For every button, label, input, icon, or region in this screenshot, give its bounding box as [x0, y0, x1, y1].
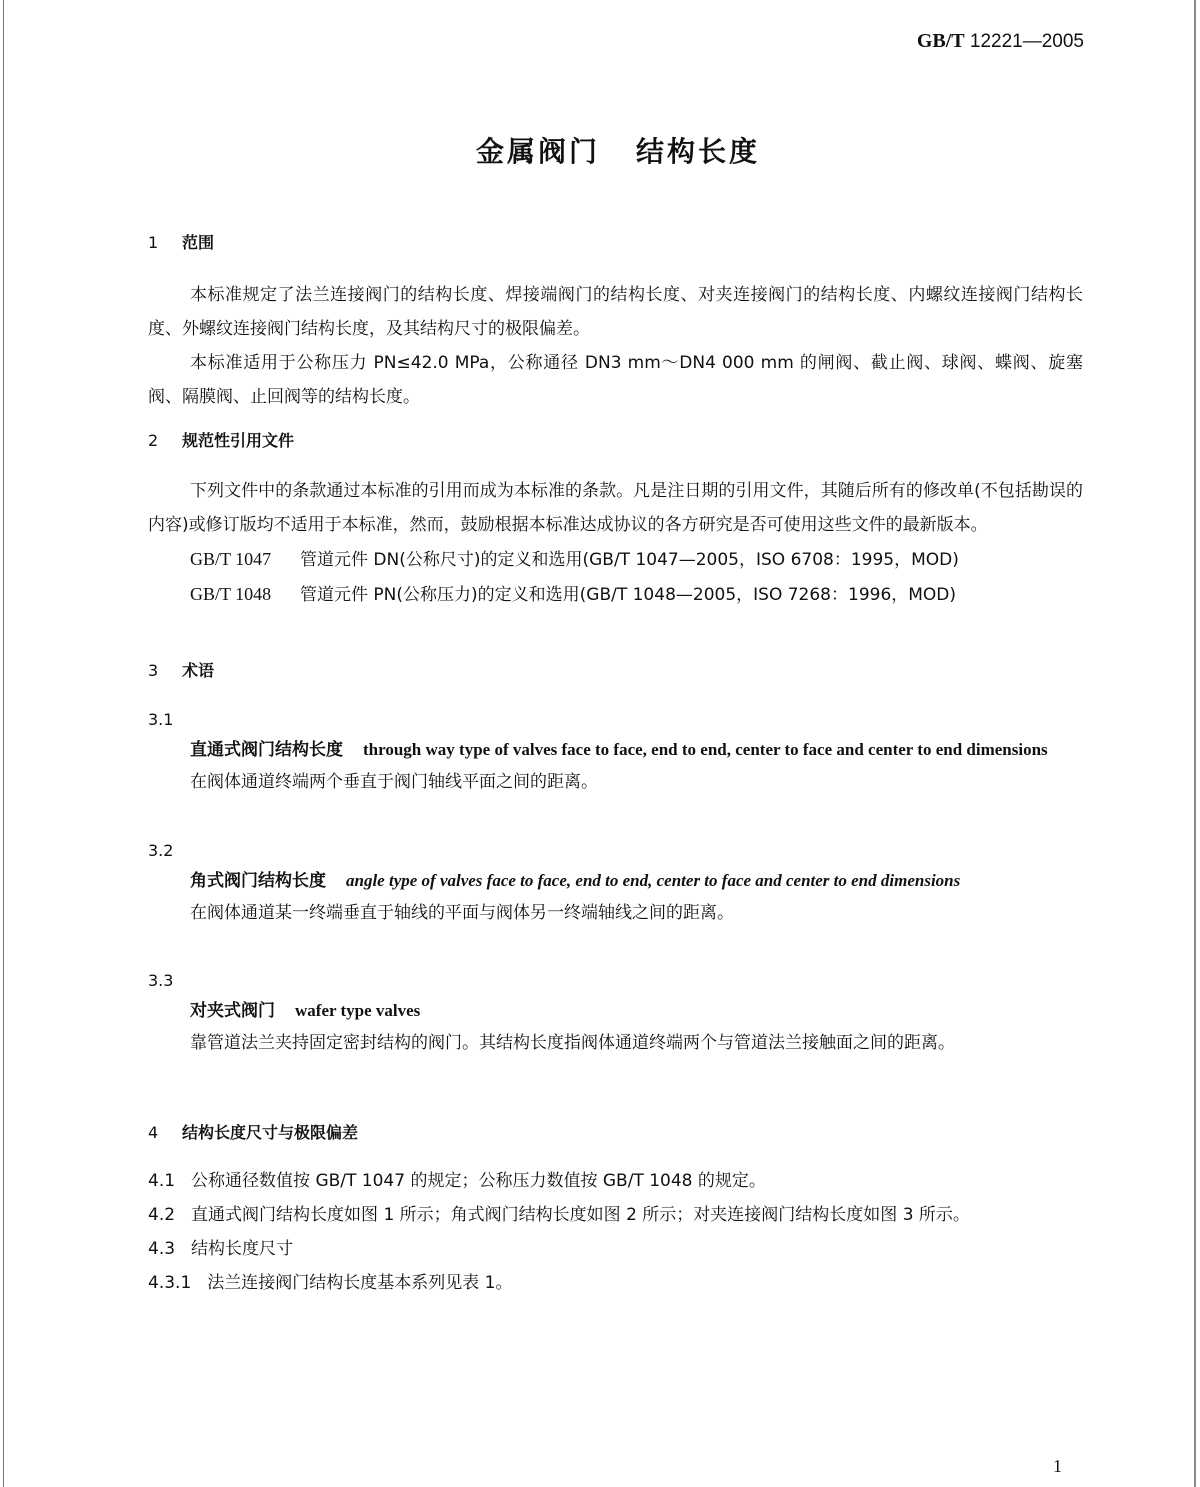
paragraph: 本标准适用于公称压力 PN≤42.0 MPa，公称通径 DN3 mm～DN4 0… [148, 346, 1083, 414]
term-3-2: 3.2 角式阀门结构长度angle type of valves face to… [148, 836, 1083, 930]
paragraph: 本标准规定了法兰连接阀门的结构长度、焊接端阀门的结构长度、对夹连接阀门的结构长度… [148, 278, 1083, 346]
term-3-1: 3.1 直通式阀门结构长度through way type of valves … [148, 705, 1083, 799]
section-2: 2规范性引用文件 [148, 428, 1083, 451]
document-title: 金属阀门结构长度 [0, 130, 1200, 170]
section-4: 4结构长度尺寸与极限偏差 [148, 1120, 1083, 1143]
term-title: 对夹式阀门wafer type valves [148, 996, 1083, 1026]
clause-4-1: 4.1公称通径数值按 GB/T 1047 的规定；公称压力数值按 GB/T 10… [148, 1164, 1083, 1198]
section-heading: 2规范性引用文件 [148, 428, 1083, 451]
page-scan-edge-left [3, 0, 4, 1487]
reference-item: GB/T 1047管道元件 DN(公称尺寸)的定义和选用(GB/T 1047—2… [148, 542, 1083, 577]
term-definition: 在阀体通道某一终端垂直于轴线的平面与阀体另一终端轴线之间的距离。 [148, 896, 1083, 930]
section-4-body: 4.1公称通径数值按 GB/T 1047 的规定；公称压力数值按 GB/T 10… [148, 1164, 1083, 1300]
term-title: 角式阀门结构长度angle type of valves face to fac… [148, 866, 1083, 896]
clause-4-3: 4.3结构长度尺寸 [148, 1232, 1083, 1266]
page-number: 1 [1053, 1456, 1062, 1477]
section-2-body: 下列文件中的条款通过本标准的引用而成为本标准的条款。凡是注日期的引用文件，其随后… [148, 474, 1083, 612]
section-heading: 4结构长度尺寸与极限偏差 [148, 1120, 1083, 1143]
standard-prefix: GB/T [917, 30, 965, 52]
standard-code: GB/T 12221—2005 [917, 30, 1084, 53]
title-part1: 金属阀门 [476, 135, 600, 168]
clause-4-3-1: 4.3.1法兰连接阀门结构长度基本系列见表 1。 [148, 1266, 1083, 1300]
section-heading: 1范围 [148, 230, 1083, 253]
page-scan-edge-right [1194, 0, 1196, 1487]
clause-4-2: 4.2直通式阀门结构长度如图 1 所示；角式阀门结构长度如图 2 所示；对夹连接… [148, 1198, 1083, 1232]
term-title: 直通式阀门结构长度through way type of valves face… [148, 735, 1083, 765]
section-1-body: 本标准规定了法兰连接阀门的结构长度、焊接端阀门的结构长度、对夹连接阀门的结构长度… [148, 278, 1083, 414]
section-heading: 3术语 [148, 658, 1083, 681]
section-3: 3术语 [148, 658, 1083, 681]
title-part2: 结构长度 [636, 135, 760, 168]
term-definition: 靠管道法兰夹持固定密封结构的阀门。其结构长度指阀体通道终端两个与管道法兰接触面之… [148, 1026, 1083, 1060]
paragraph: 下列文件中的条款通过本标准的引用而成为本标准的条款。凡是注日期的引用文件，其随后… [148, 474, 1083, 542]
section-1: 1范围 [148, 230, 1083, 253]
term-3-3: 3.3 对夹式阀门wafer type valves 靠管道法兰夹持固定密封结构… [148, 966, 1083, 1060]
standard-number: 12221—2005 [970, 31, 1084, 52]
term-definition: 在阀体通道终端两个垂直于阀门轴线平面之间的距离。 [148, 765, 1083, 799]
reference-item: GB/T 1048管道元件 PN(公称压力)的定义和选用(GB/T 1048—2… [148, 577, 1083, 612]
